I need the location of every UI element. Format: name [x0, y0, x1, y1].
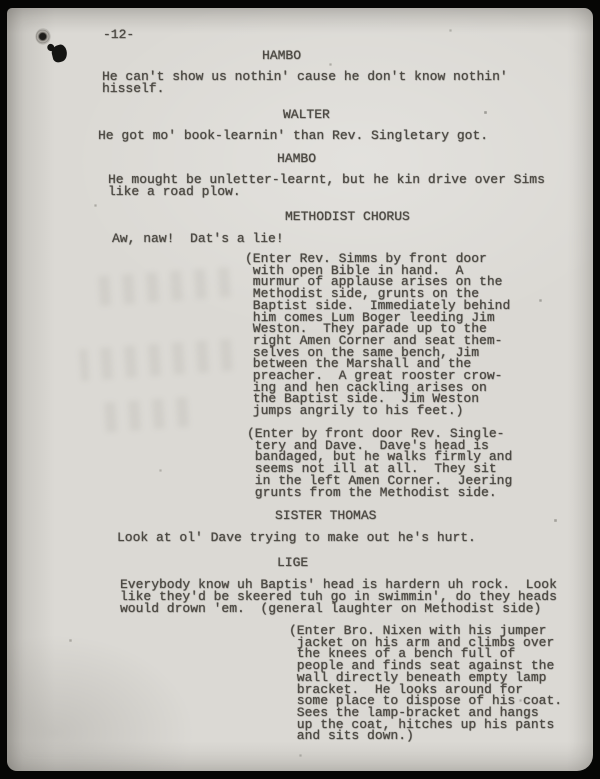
character-heading: HAMBO: [277, 152, 316, 165]
character-heading: WALTER: [283, 108, 330, 121]
character-heading: HAMBO: [262, 49, 301, 62]
dialogue: He mought be unletter-learnt, but he kin…: [108, 174, 545, 199]
character-heading: METHODIST CHORUS: [285, 210, 410, 223]
script-page-scan: -12- HAMBO He can't show us nothin' caus…: [0, 0, 600, 779]
stage-direction: (Enter Bro. Nixen with his jumper jacket…: [289, 625, 562, 742]
round-stamp-mark: [36, 29, 50, 44]
stage-direction: (Enter Rev. Simms by front door with ope…: [245, 253, 510, 417]
dialogue: Everybody know uh Baptis' head is harder…: [120, 579, 557, 614]
dialogue: He can't show us nothin' cause he don't …: [102, 71, 508, 96]
dialogue: He got mo' book-learnin' than Rev. Singl…: [98, 130, 488, 142]
dialogue: Aw, naw! Dat's a lie!: [112, 233, 284, 245]
character-heading: LIGE: [277, 556, 308, 569]
stage-direction: (Enter by front door Rev. Single- tery a…: [247, 428, 512, 498]
page-number: -12-: [103, 27, 134, 42]
scan-specks: [0, 0, 1, 1]
bleed-through-smudge: [95, 397, 189, 433]
character-heading: SISTER THOMAS: [275, 509, 376, 522]
dialogue: Look at ol' Dave trying to make out he's…: [117, 532, 476, 544]
